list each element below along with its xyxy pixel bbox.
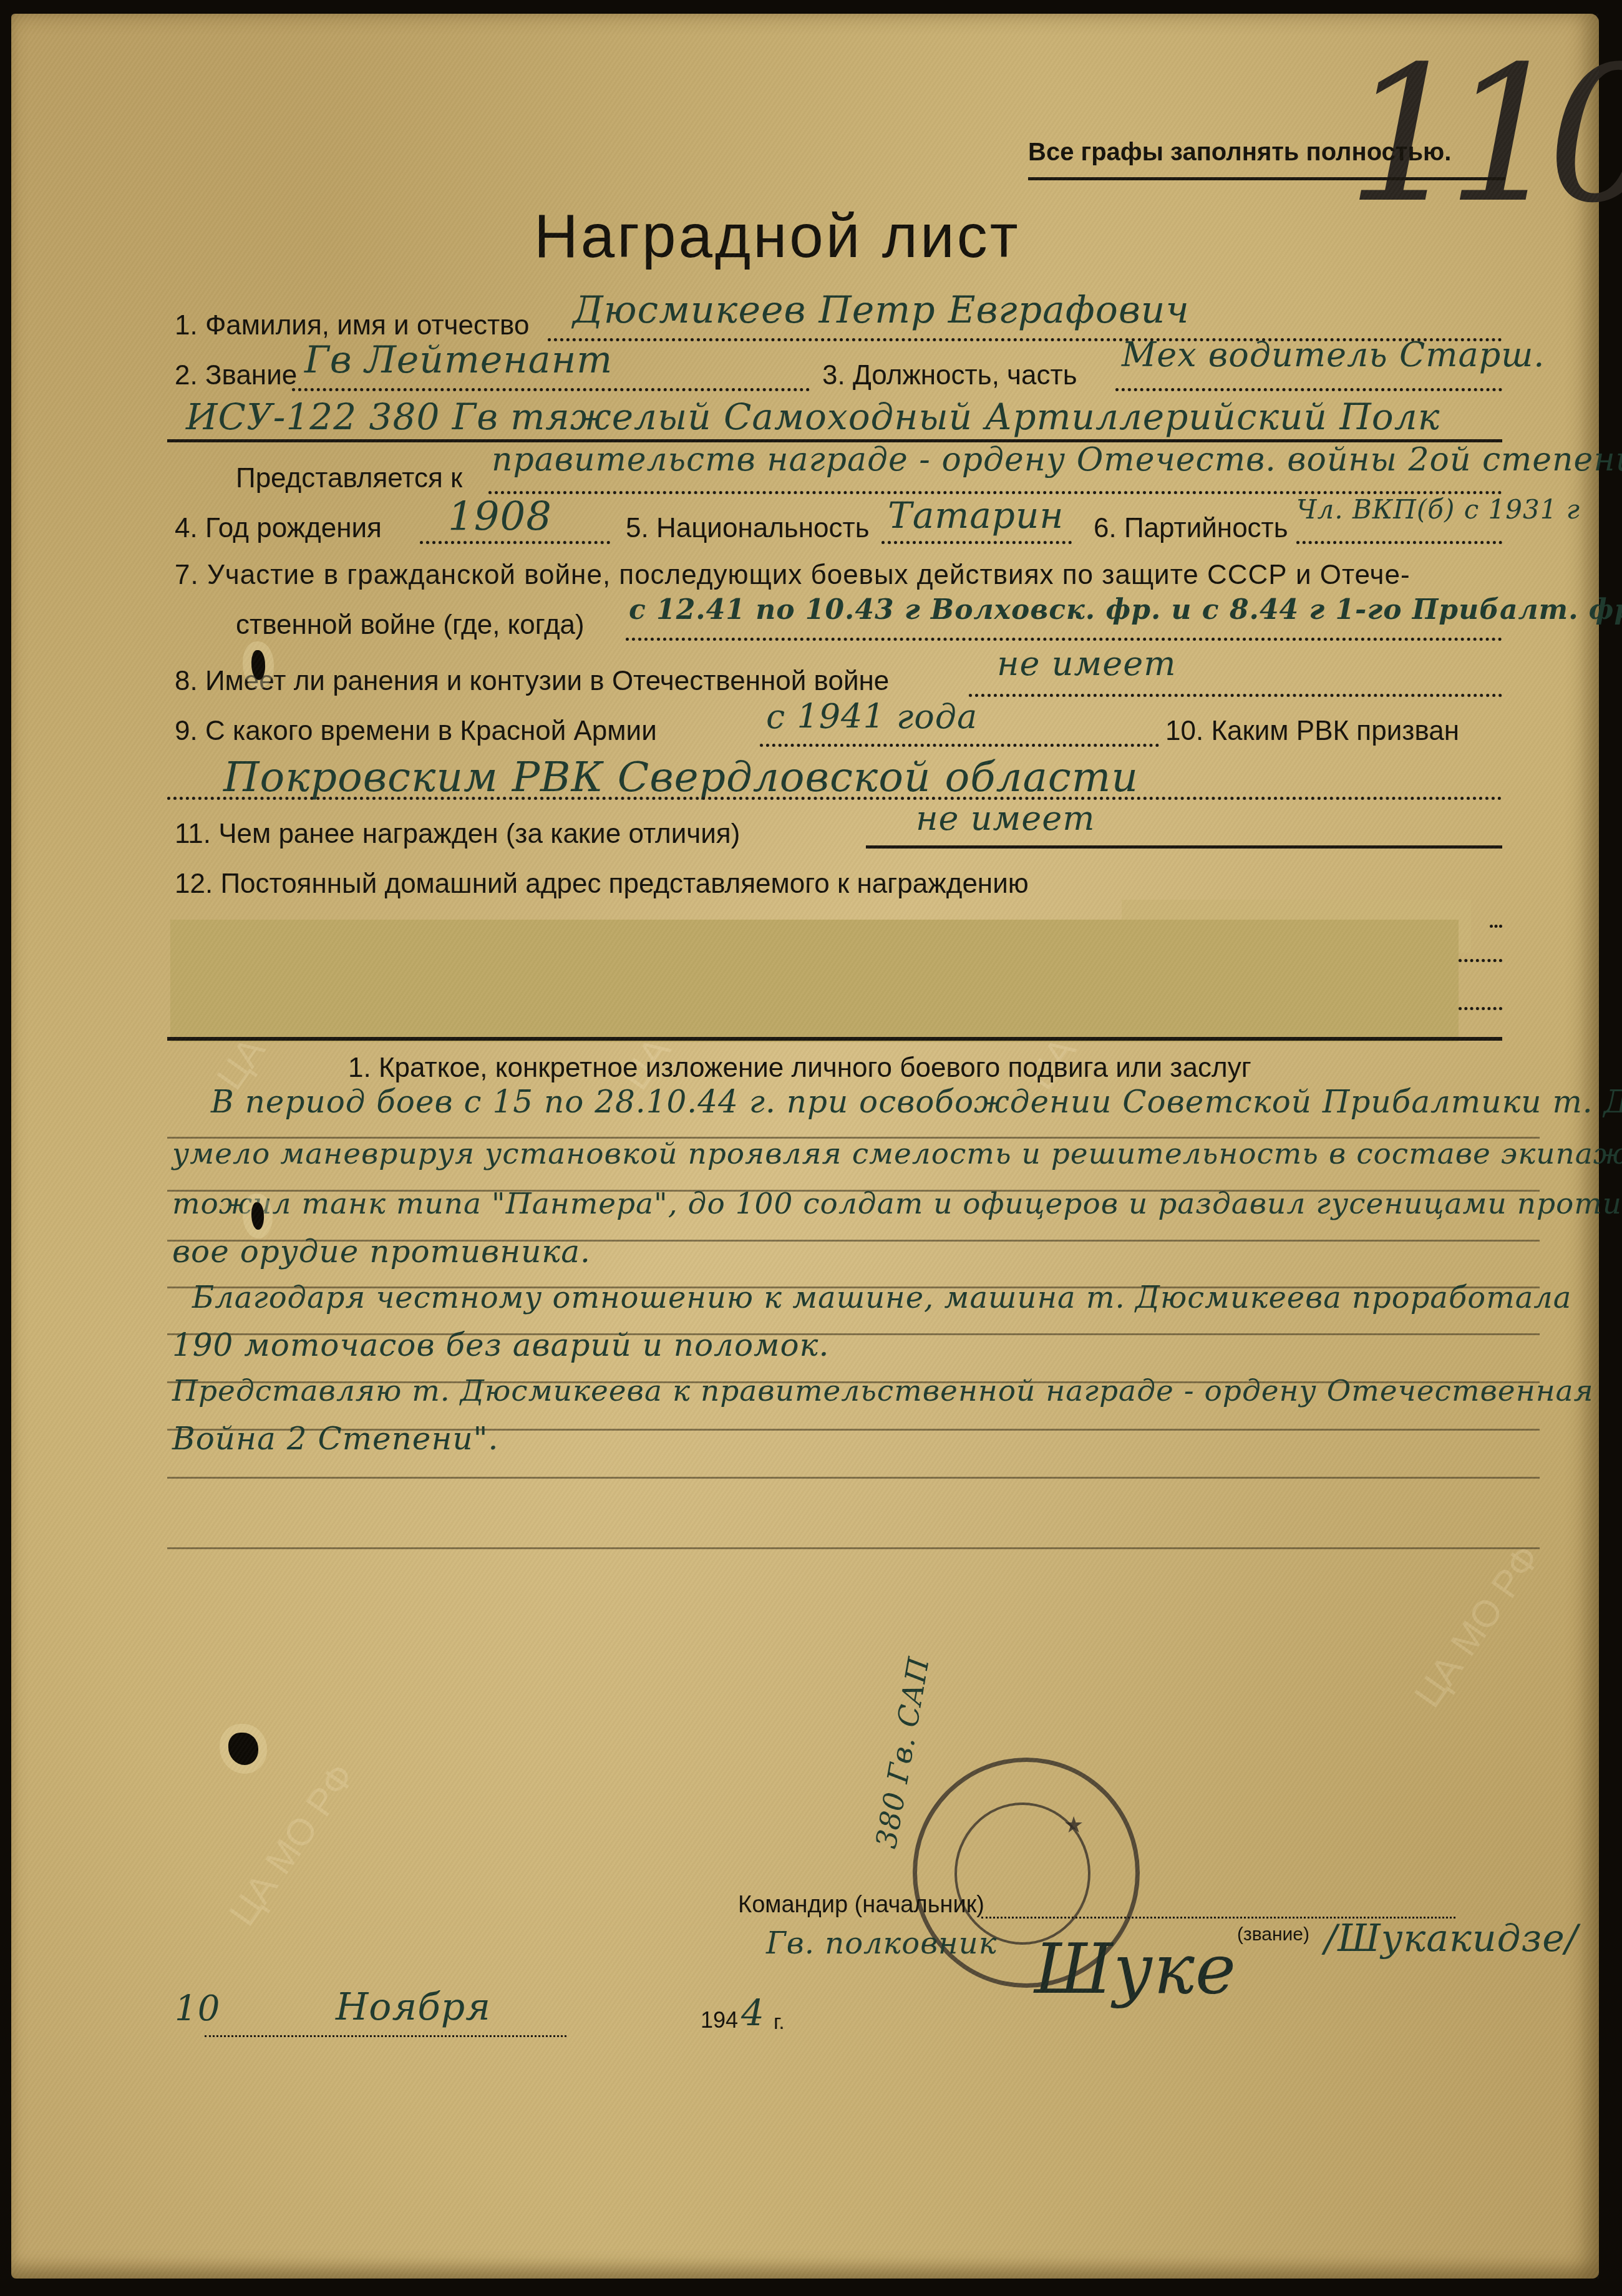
field-line bbox=[420, 541, 610, 544]
commander-name: /Шукакидзе/ bbox=[1324, 1917, 1578, 1960]
field-line bbox=[866, 845, 1502, 849]
redacted-address-block bbox=[170, 920, 1459, 1042]
field-value-party: Чл. ВКП(б) с 1931 г bbox=[1296, 494, 1580, 525]
field-line bbox=[1296, 541, 1502, 544]
date-year-print: 194 bbox=[701, 2007, 738, 2033]
field-value-name: Дюсмикеев Петр Евграфович bbox=[573, 288, 1190, 332]
field-value-previous-awards: не имеет bbox=[916, 799, 1095, 838]
narrative-line: 190 моточасов без аварий и поломок. bbox=[172, 1327, 829, 1363]
punch-hole bbox=[228, 1733, 258, 1765]
narrative-line: вое орудие противника. bbox=[172, 1233, 591, 1270]
field-label-service-since: 9. С какого времени в Красной Армии bbox=[175, 716, 657, 747]
date-year-hand: 4 bbox=[741, 1992, 765, 2034]
section-divider bbox=[167, 1037, 1502, 1041]
field-line bbox=[626, 638, 1502, 641]
instruction-text: Все графы заполнять полностью. bbox=[1028, 139, 1451, 167]
field-line bbox=[1459, 1007, 1502, 1010]
star-icon: ★ bbox=[1064, 1812, 1084, 1838]
commander-signature: Шуке bbox=[1034, 1929, 1236, 2009]
field-line bbox=[1459, 959, 1502, 962]
field-value-unit: ИСУ-122 380 Гв тяжелый Самоходный Артилл… bbox=[186, 396, 1440, 438]
narrative-line: Благодаря честному отношению к машине, м… bbox=[192, 1280, 1571, 1315]
field-value-wounds: не имеет bbox=[997, 644, 1176, 683]
date-month: Ноября bbox=[336, 1985, 491, 2029]
watermark: ЦА МО РФ bbox=[1406, 1537, 1548, 1715]
commander-label: Командир (начальник) bbox=[738, 1892, 984, 1919]
punch-hole bbox=[251, 1202, 264, 1230]
field-value-draft-office: Покровским РВК Свердловской области bbox=[223, 753, 1139, 801]
field-line bbox=[1490, 925, 1502, 928]
field-line bbox=[969, 694, 1502, 697]
field-value-rank: Гв Лейтенант bbox=[304, 338, 613, 382]
narrative-line: Представляю т. Дюсмикеева к правительств… bbox=[172, 1374, 1594, 1408]
field-line bbox=[292, 388, 810, 391]
field-value-service-since: с 1941 года bbox=[766, 697, 978, 736]
field-value-award: правительств награде - ордену Отечеств. … bbox=[492, 441, 1622, 479]
field-label-party: 6. Партийность bbox=[1094, 513, 1288, 544]
field-label-birth-year: 4. Год рождения bbox=[175, 513, 382, 544]
field-value-position: Мех водитель Старш. bbox=[1122, 335, 1545, 374]
date-suffix: г. bbox=[774, 2010, 785, 2035]
narrative-heading: 1. Краткое, конкретное изложение личного… bbox=[348, 1053, 1251, 1084]
archive-number: 110 bbox=[1346, 26, 1622, 244]
page-title: Наградной лист bbox=[534, 201, 1021, 271]
field-label-previous-awards: 11. Чем ранее награжден (за какие отличи… bbox=[175, 819, 740, 850]
field-label-combat-participation: 7. Участие в гражданской войне, последую… bbox=[175, 560, 1411, 591]
field-label-combat-where: ственной войне (где, когда) bbox=[236, 610, 585, 641]
watermark: ЦА МО РФ bbox=[221, 1756, 363, 1934]
commander-rank: Гв. полковник bbox=[766, 1926, 997, 1961]
narrative-line: Война 2 Степени". bbox=[172, 1421, 498, 1457]
field-line bbox=[881, 541, 1072, 544]
instruction-underline bbox=[1028, 177, 1505, 180]
ruled-line bbox=[167, 1547, 1540, 1549]
award-sheet-page: ЦА МО РФ ЦА МО РФ ЦА МО РФ ЦА МО РФ ЦА М… bbox=[11, 14, 1599, 2279]
field-label-nationality: 5. Национальность bbox=[626, 513, 870, 544]
field-label-draft-office: 10. Каким РВК призван bbox=[1165, 716, 1459, 747]
field-label-home-address: 12. Постоянный домашний адрес представля… bbox=[175, 868, 1029, 900]
field-label-wounds: 8. Имеет ли ранения и контузии в Отечест… bbox=[175, 666, 889, 697]
field-label-rank: 2. Звание bbox=[175, 360, 297, 391]
narrative-line: умело маневрируя установкой проявляя сме… bbox=[172, 1137, 1622, 1171]
field-line bbox=[760, 744, 1159, 747]
ruled-line bbox=[167, 1477, 1540, 1479]
field-label-presented: Представляется к bbox=[236, 463, 462, 494]
narrative-line: тожил танк типа "Пантера", до 100 солдат… bbox=[172, 1187, 1622, 1221]
rank-caption: (звание) bbox=[1237, 1924, 1309, 1945]
field-value-nationality: Татарин bbox=[888, 494, 1064, 537]
punch-hole bbox=[251, 650, 265, 680]
field-value-birth-year: 1908 bbox=[448, 494, 552, 540]
field-label-position: 3. Должность, часть bbox=[822, 360, 1077, 391]
date-day: 10 bbox=[175, 1988, 220, 2029]
narrative-line: В период боев с 15 по 28.10.44 г. при ос… bbox=[211, 1084, 1622, 1120]
field-line bbox=[167, 797, 1502, 800]
date-line bbox=[205, 2035, 566, 2037]
field-value-combat: с 12.41 по 10.43 г Волховск. фр. и с 8.4… bbox=[629, 594, 1622, 626]
field-label-name: 1. Фамилия, имя и отчество bbox=[175, 310, 529, 341]
field-line bbox=[1115, 388, 1502, 391]
